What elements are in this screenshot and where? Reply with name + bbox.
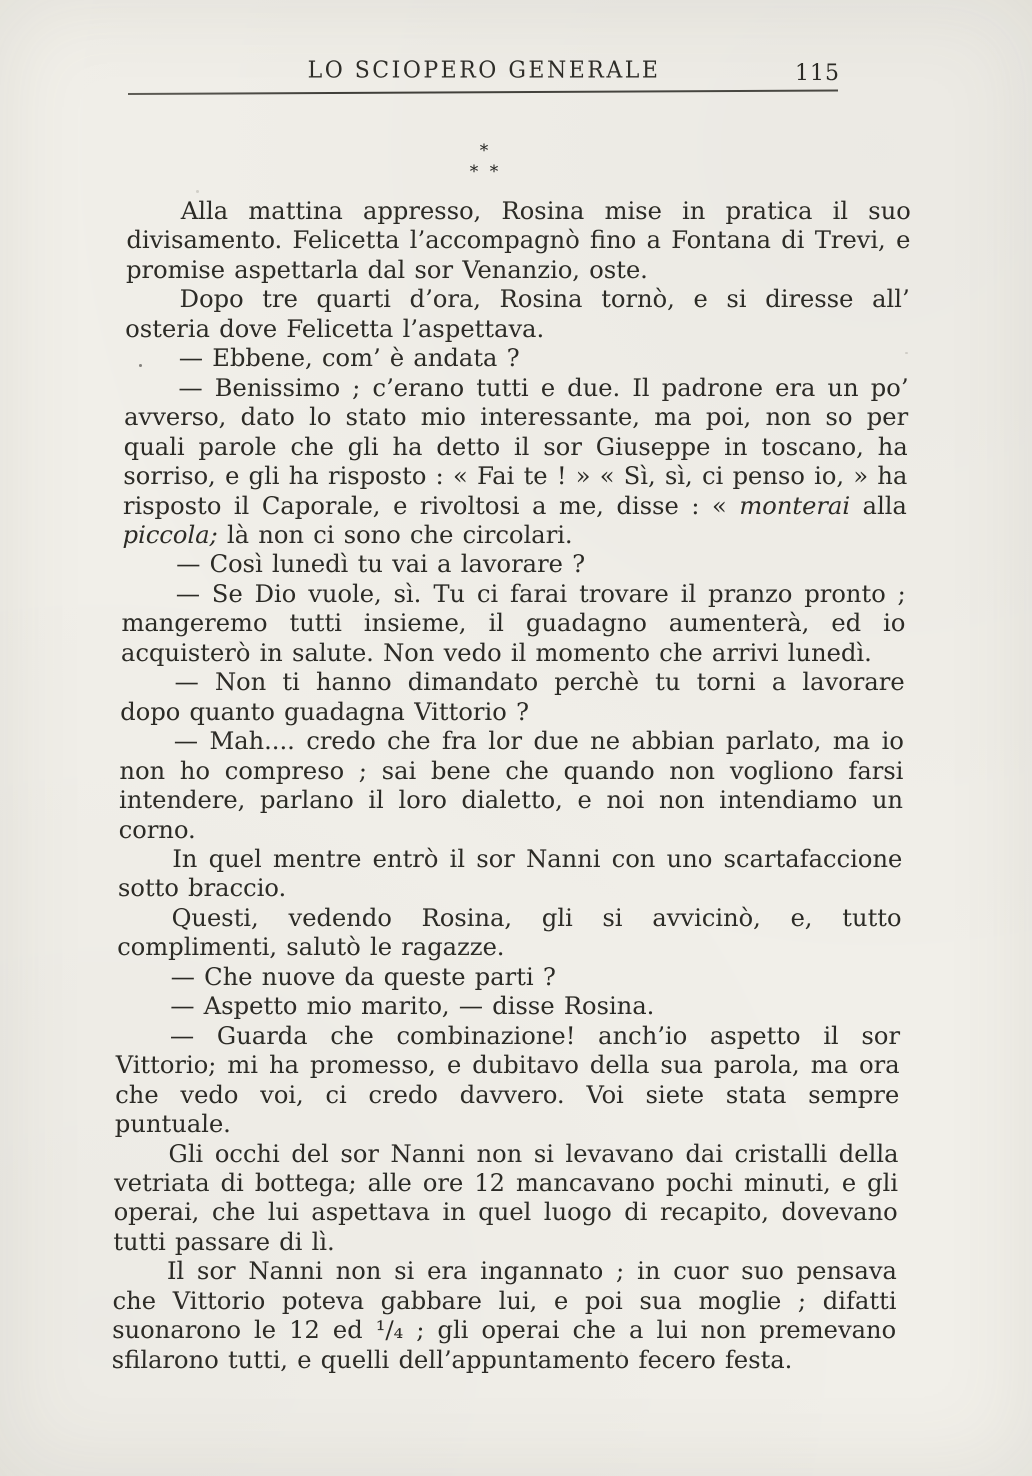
header-rule	[128, 90, 838, 95]
text-run: — Ebbene, com’ è andata ?	[179, 344, 520, 372]
text-block: Alla mattina appresso, Rosina mise in pr…	[112, 197, 911, 1375]
text-run: alla	[850, 492, 907, 520]
paragraph: — Ebbene, com’ è andata ?	[125, 344, 909, 373]
text-run: — Guarda che combinazione! anch’io aspet…	[115, 1022, 901, 1138]
text-run: Il sor Nanni non si era ingannato ; in c…	[112, 1257, 898, 1373]
paragraph: Il sor Nanni non si era ingannato ; in c…	[112, 1257, 898, 1375]
paragraph: Dopo tre quarti d’ora, Rosina tornò, e s…	[125, 285, 910, 344]
running-title: LO SCIOPERO GENERALE	[128, 57, 840, 83]
paragraph: In quel mentre entrò il sor Nanni con un…	[118, 845, 903, 904]
asterisk-top: *	[128, 141, 840, 162]
paragraph: Questi, vedendo Rosina, gli si avvicinò,…	[117, 904, 902, 963]
paragraph: — Non ti hanno dimandato perchè tu torni…	[120, 668, 905, 727]
paper-speck	[620, 1352, 622, 1355]
paragraph: — Così lunedì tu vai a lavorare ?	[122, 550, 906, 579]
paragraph: — Se Dio vuole, sì. Tu ci farai trovare …	[121, 580, 906, 668]
text-run: Dopo tre quarti d’ora, Rosina tornò, e s…	[125, 285, 910, 342]
page-number: 115	[795, 61, 840, 86]
text-run: — Così lunedì tu vai a lavorare ?	[176, 550, 585, 578]
page-header: LO SCIOPERO GENERALE 115	[128, 58, 840, 100]
asterisk-row: * *	[128, 162, 840, 183]
paragraph: — Aspetto mio marito, — disse Rosina.	[116, 992, 900, 1021]
paragraph: — Mah.... credo che fra lor due ne abbia…	[119, 727, 905, 845]
text-run: In quel mentre entrò il sor Nanni con un…	[118, 845, 903, 902]
paragraph: — Guarda che combinazione! anch’io aspet…	[115, 1022, 901, 1140]
text-run: — Non ti hanno dimandato perchè tu torni…	[120, 668, 905, 725]
text-run: — Mah.... credo che fra lor due ne abbia…	[119, 727, 905, 843]
paper-speck	[905, 352, 908, 354]
paper-speck	[196, 190, 199, 193]
italic-text-run: monterai	[739, 492, 850, 520]
section-divider: * * *	[128, 141, 840, 183]
text-run: Questi, vedendo Rosina, gli si avvicinò,…	[117, 904, 902, 961]
paragraph: Gli occhi del sor Nanni non si levavano …	[113, 1140, 899, 1258]
text-run: Alla mattina appresso, Rosina mise in pr…	[126, 197, 911, 284]
italic-text-run: piccola;	[122, 521, 218, 549]
paragraph: — Che nuove da queste parti ?	[117, 963, 901, 992]
paragraph: Alla mattina appresso, Rosina mise in pr…	[126, 197, 911, 285]
text-run: — Aspetto mio marito, — disse Rosina.	[170, 992, 654, 1020]
text-run: — Se Dio vuole, sì. Tu ci farai trovare …	[121, 580, 906, 667]
text-run: là non ci sono che circolari.	[218, 521, 573, 549]
book-page: LO SCIOPERO GENERALE 115 * * * Alla matt…	[0, 0, 1032, 1476]
paragraph: — Benissimo ; c’erano tutti e due. Il pa…	[122, 374, 908, 551]
text-run: — Che nuove da queste parti ?	[171, 963, 556, 991]
print-artifact-dot	[139, 364, 142, 367]
text-run: Gli occhi del sor Nanni non si levavano …	[113, 1140, 899, 1256]
